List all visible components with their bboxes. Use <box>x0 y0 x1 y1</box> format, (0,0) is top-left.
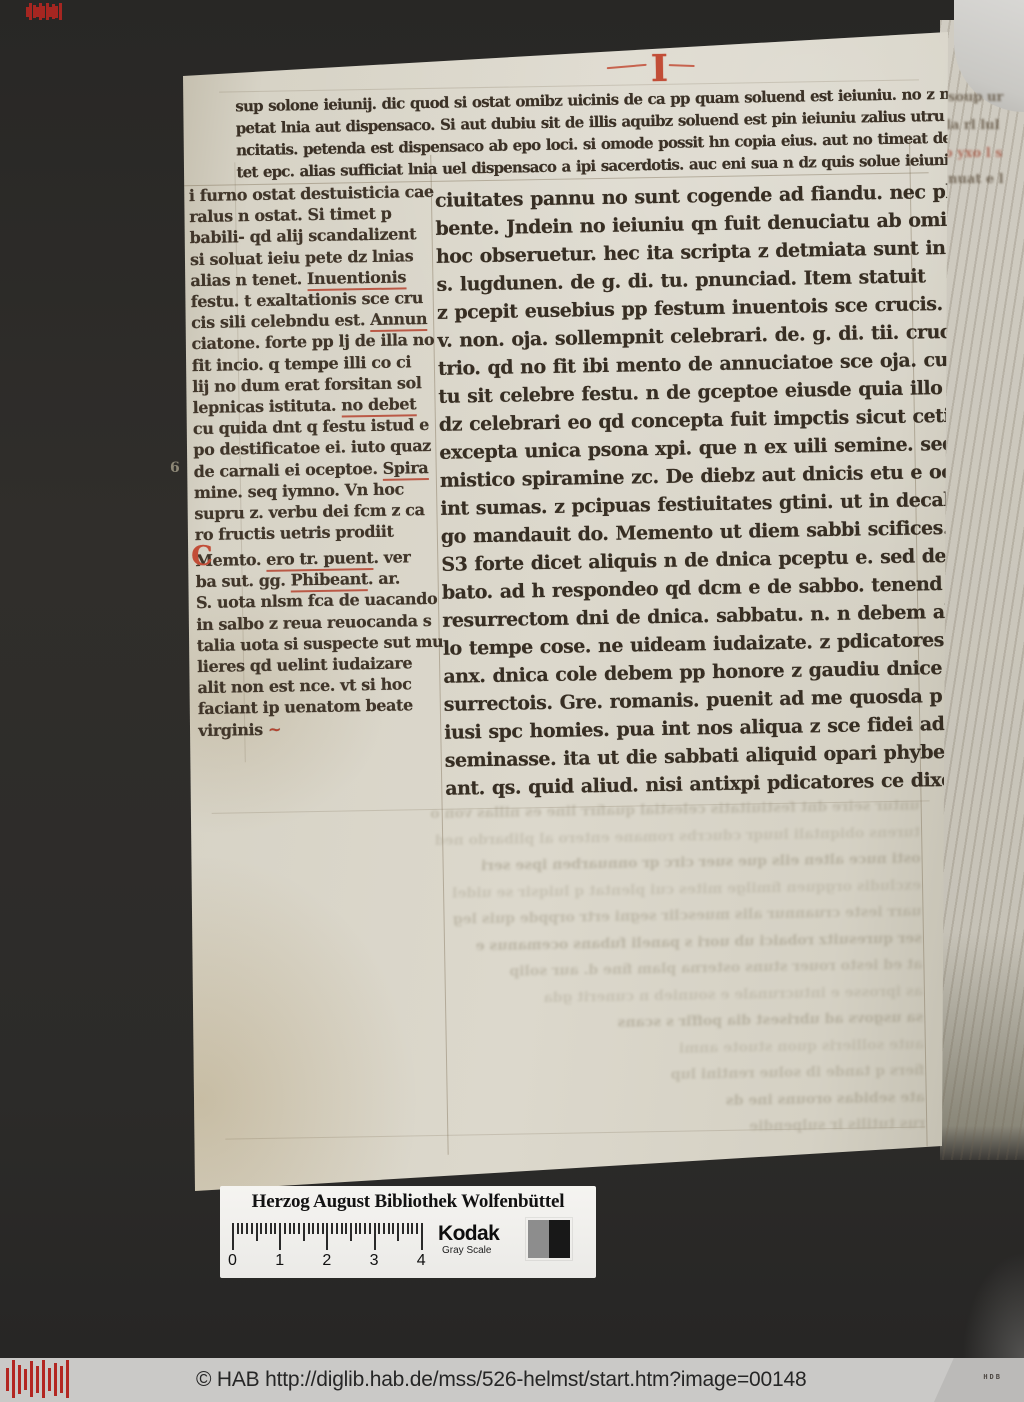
ruler-tick <box>246 1223 248 1234</box>
ruler-number: 4 <box>417 1252 426 1270</box>
ruler-tick <box>411 1223 413 1234</box>
ruler-number: 3 <box>370 1252 379 1270</box>
ruler-tick <box>308 1223 310 1234</box>
red-bar <box>36 1366 39 1393</box>
ruler-tick <box>232 1223 234 1250</box>
manuscript-page: I sup solone ieiunij. dic quod si ostat … <box>178 26 950 1194</box>
red-bar <box>48 1368 51 1391</box>
ruler-tick <box>251 1223 253 1234</box>
library-name-label: Herzog August Bibliothek Wolfenbüttel <box>220 1191 596 1213</box>
ruler-tick <box>383 1223 385 1234</box>
ornament-letter: I <box>650 49 668 87</box>
red-bar <box>54 1363 57 1396</box>
ruler-tick <box>241 1223 243 1234</box>
red-paragraph-initial: C <box>191 546 212 568</box>
red-bar <box>30 1361 33 1397</box>
gray-swatch <box>528 1220 549 1258</box>
manuscript-line: i furno ostat destuisticia cae <box>189 181 434 206</box>
ruler-tick <box>326 1223 328 1250</box>
ruler-tick <box>359 1223 361 1234</box>
ruler-tick <box>421 1223 423 1250</box>
photo-canvas: soup ur la rl lul o yxo l s nuat e l I s… <box>0 0 1024 1402</box>
red-registration-mark-bottom <box>6 1360 72 1398</box>
ruler-tick <box>256 1223 258 1241</box>
caption-code: HDB <box>983 1373 1002 1381</box>
caption-shadow <box>934 1358 1024 1402</box>
ruler-tick <box>274 1223 276 1234</box>
gray-scale-label: Gray Scale <box>442 1245 491 1256</box>
top-text-block: sup solone ieiunij. dic quod si ostat om… <box>235 81 1024 183</box>
ruler-tick <box>341 1223 343 1234</box>
red-bar <box>24 1369 27 1390</box>
ruler-tick <box>355 1223 357 1234</box>
folio-edge-fragment: o yxo l s <box>944 146 1002 161</box>
manuscript-line: Memto. ero tr. puent. ver <box>195 546 440 571</box>
black-swatch <box>549 1220 570 1258</box>
margin-mark: 6 <box>170 460 180 476</box>
ruler-tick <box>416 1223 418 1234</box>
ornament-flourish-left <box>607 64 647 69</box>
ruler-tick <box>345 1223 347 1234</box>
red-mark: ~ <box>268 719 281 738</box>
ruler-tick <box>284 1223 286 1234</box>
folio-edge-fragment: soup ur <box>948 90 1003 105</box>
ruler-number: 0 <box>228 1252 237 1270</box>
folio-edge-fragment: la rl lul <box>946 118 1000 133</box>
ornament-flourish-right <box>669 64 695 67</box>
red-registration-mark-top <box>26 3 62 20</box>
red-underline: Spira <box>383 458 429 481</box>
ruler-tick <box>402 1223 404 1234</box>
ruler-tick <box>378 1223 380 1234</box>
ruler-tick <box>388 1223 390 1234</box>
ruler-tick <box>369 1223 371 1234</box>
ruler-tick <box>374 1223 376 1250</box>
ruler-tick <box>322 1223 324 1234</box>
caption-bar: © HAB http://diglib.hab.de/mss/526-helms… <box>0 1358 1024 1402</box>
manuscript-content: I sup solone ieiunij. dic quod si ostat … <box>178 20 970 1201</box>
red-bar <box>6 1368 9 1392</box>
red-bar <box>66 1360 69 1398</box>
ruler-tick <box>279 1223 281 1250</box>
ruler-number: 2 <box>322 1252 331 1270</box>
book-fold-highlight <box>954 1238 1024 1358</box>
adjacent-folio-edge <box>940 20 1024 1160</box>
ruler-tick <box>303 1223 305 1241</box>
ruler-tick <box>237 1223 239 1234</box>
ruler-tick <box>364 1223 366 1234</box>
red-bar <box>42 1360 45 1398</box>
ruler-tick <box>317 1223 319 1234</box>
ruler-tick <box>336 1223 338 1234</box>
ruler-tick <box>397 1223 399 1241</box>
copyright-url-label: © HAB http://diglib.hab.de/mss/526-helms… <box>196 1358 806 1402</box>
red-bar <box>18 1365 21 1395</box>
manuscript-line: faciant ip uenatom beate <box>198 694 443 719</box>
ruler-tick <box>270 1223 272 1234</box>
ruler-tick <box>331 1223 333 1234</box>
red-bar <box>59 3 62 20</box>
ruler-tick <box>260 1223 262 1234</box>
folio-edge-fragment: nuat e l <box>948 172 1004 187</box>
left-column-paragraph-2: C Memto. ero tr. puent. verba sut. gg. P… <box>195 546 443 741</box>
ruler-tick <box>298 1223 300 1234</box>
ruler-tick <box>265 1223 267 1234</box>
ruler-tick <box>293 1223 295 1234</box>
bleedthrough-text: untur seire dnt festiuitatis celestial q… <box>214 793 926 1150</box>
main-text-column: ciuitates pannu no sunt cogende ad fiand… <box>435 178 926 802</box>
color-scale-card: Herzog August Bibliothek Wolfenbüttel 01… <box>220 1186 596 1278</box>
manuscript-line: ro fructis uetris prodiit <box>195 520 440 545</box>
red-bar <box>60 1366 63 1393</box>
ruler-tick <box>350 1223 352 1241</box>
ruler-tick <box>392 1223 394 1234</box>
red-initial-ornament: I <box>606 46 703 92</box>
ruler-tick <box>407 1223 409 1234</box>
red-bar <box>12 1360 15 1398</box>
gray-scale-patch <box>526 1218 572 1260</box>
ruler-numbers: 01234 <box>232 1252 432 1272</box>
manuscript-line: virginis ~ <box>198 715 443 740</box>
ruler-ticks <box>232 1223 426 1251</box>
ruler-tick <box>312 1223 314 1234</box>
kodak-label: Kodak <box>438 1222 499 1246</box>
ruler-tick <box>289 1223 291 1234</box>
ruler-number: 1 <box>275 1252 284 1270</box>
left-column-paragraph-1: i furno ostat destuisticia caeralus n os… <box>189 181 440 546</box>
